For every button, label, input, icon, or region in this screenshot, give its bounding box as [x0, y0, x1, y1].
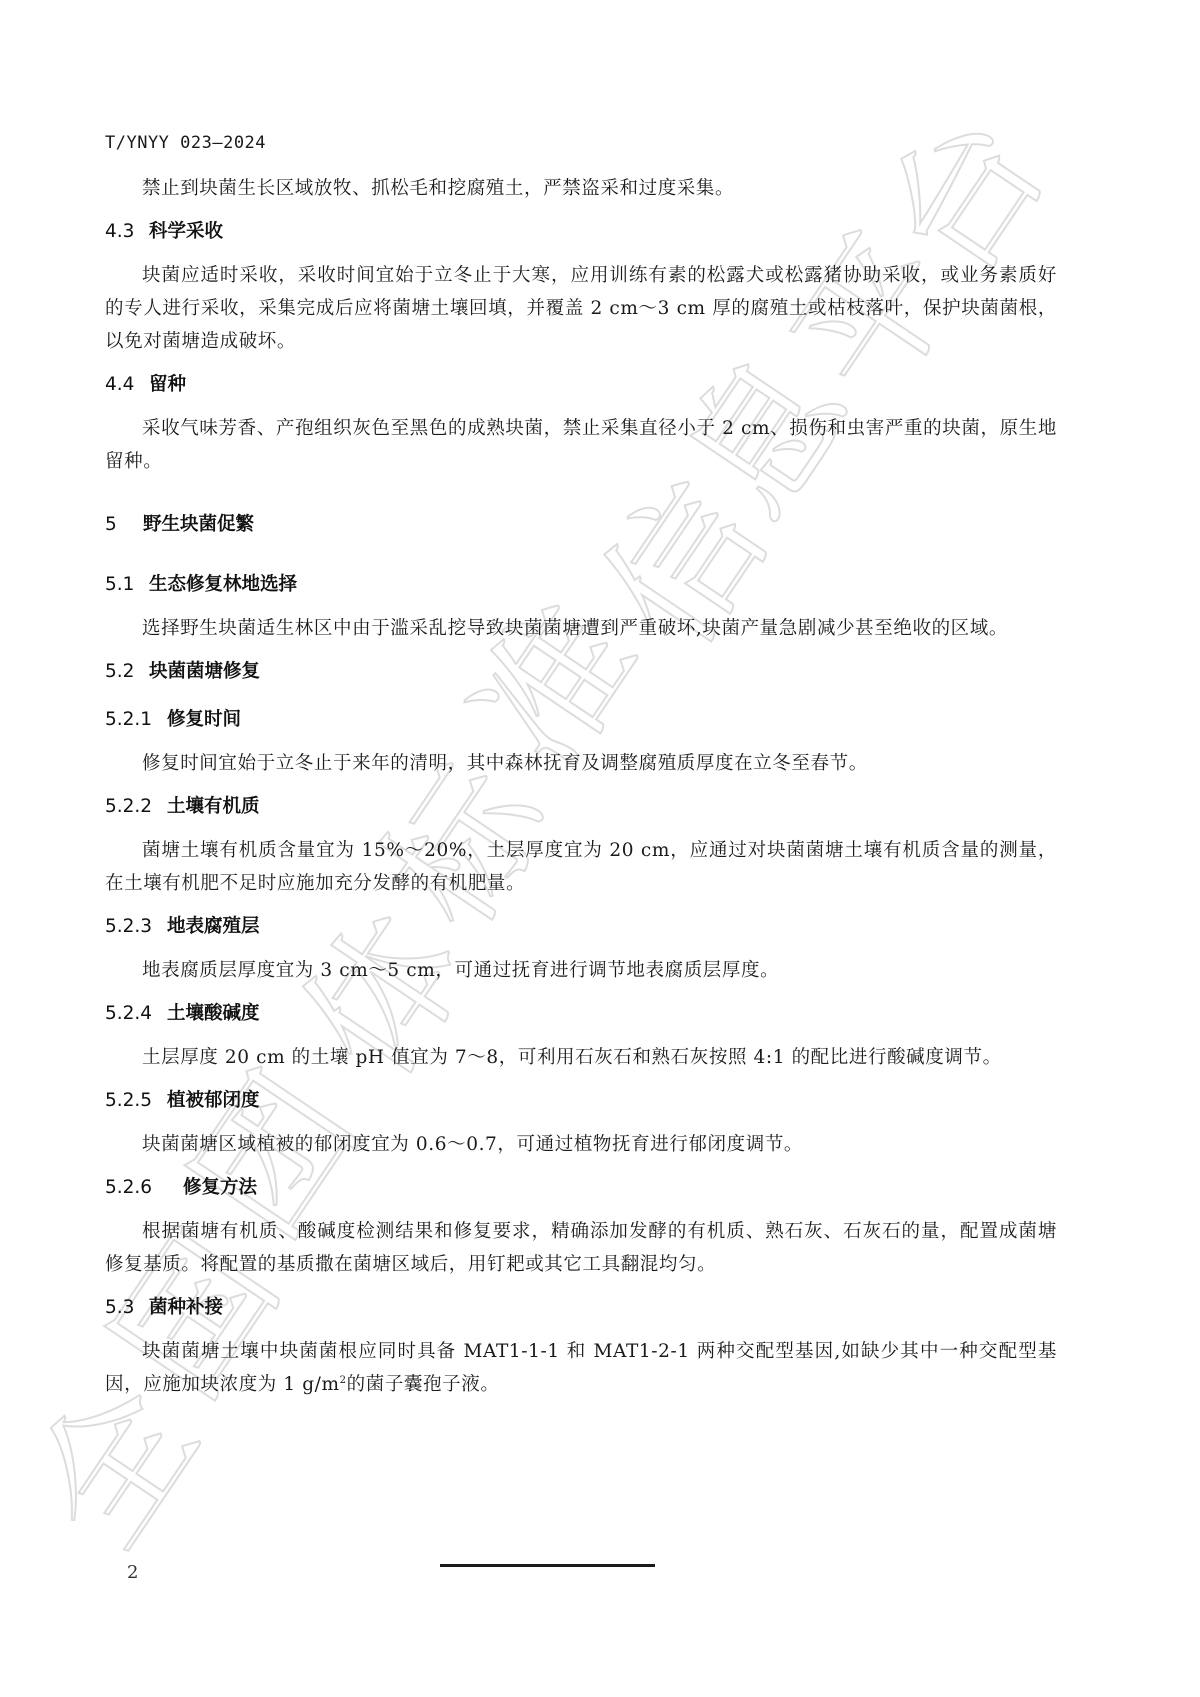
heading-title: 野生块菌促繁: [143, 512, 254, 538]
heading-number: 5.2.5: [105, 1088, 167, 1114]
heading-number: 5.3: [105, 1295, 149, 1321]
heading-5-2-3: 5.2.3 地表腐殖层: [105, 914, 1057, 940]
heading-5-2-5: 5.2.5 植被郁闭度: [105, 1088, 1057, 1114]
heading-5-1: 5.1 生态修复林地选择: [105, 572, 1057, 598]
heading-number: 5: [105, 512, 143, 538]
heading-title: 修复方法: [183, 1175, 257, 1201]
paragraph-5-2-2: 菌塘土壤有机质含量宜为 15%～20%，土层厚度宜为 20 cm，应通过对块菌菌…: [105, 834, 1057, 900]
heading-number: 4.4: [105, 372, 149, 398]
heading-title: 土壤酸碱度: [167, 1001, 260, 1027]
footer-rule: [440, 1564, 655, 1567]
paragraph-5-2-1: 修复时间宜始于立冬止于来年的清明，其中森林抚育及调整腐殖质厚度在立冬至春节。: [105, 747, 1057, 780]
heading-5-2-1: 5.2.1 修复时间: [105, 707, 1057, 733]
heading-5-3: 5.3 菌种补接: [105, 1295, 1057, 1321]
paragraph-4-4: 采收气味芳香、产孢组织灰色至黑色的成熟块菌，禁止采集直径小于 2 cm、损伤和虫…: [105, 412, 1057, 478]
heading-number: 5.2.1: [105, 707, 167, 733]
paragraph-5-3: 块菌菌塘土壤中块菌菌根应同时具备 MAT1-1-1 和 MAT1-2-1 两种交…: [105, 1335, 1057, 1401]
heading-number: 5.2.3: [105, 914, 167, 940]
document-page: 全 国 团 体 标 准 信 息 平 台 T/YNYY 023—2024 禁止到块…: [0, 0, 1200, 1697]
paragraph-5-2-3: 地表腐质层厚度宜为 3 cm～5 cm，可通过抚育进行调节地表腐质层厚度。: [105, 954, 1057, 987]
standard-code: T/YNYY 023—2024: [105, 133, 266, 153]
heading-title: 土壤有机质: [167, 794, 260, 820]
heading-title: 留种: [149, 372, 186, 398]
heading-title: 地表腐殖层: [167, 914, 260, 940]
document-body: 禁止到块菌生长区域放牧、抓松毛和挖腐殖土，严禁盗采和过度采集。 4.3 科学采收…: [105, 172, 1057, 1401]
paragraph-5-1: 选择野生块菌适生林区中由于滥采乱挖导致块菌菌塘遭到严重破坏,块菌产量急剧减少甚至…: [105, 612, 1057, 645]
paragraph-5-2-6: 根据菌塘有机质、酸碱度检测结果和修复要求，精确添加发酵的有机质、熟石灰、石灰石的…: [105, 1215, 1057, 1281]
paragraph-text: 的菌子囊孢子液。: [347, 1374, 500, 1395]
paragraph-5-2-4: 土层厚度 20 cm 的土壤 pH 值宜为 7～8，可利用石灰石和熟石灰按照 4…: [105, 1041, 1057, 1074]
heading-5-2: 5.2 块菌菌塘修复: [105, 659, 1057, 685]
heading-5: 5 野生块菌促繁: [105, 512, 1057, 538]
heading-4-4: 4.4 留种: [105, 372, 1057, 398]
heading-title: 修复时间: [167, 707, 241, 733]
paragraph-4-2-tail: 禁止到块菌生长区域放牧、抓松毛和挖腐殖土，严禁盗采和过度采集。: [105, 172, 1057, 205]
paragraph-text: 块菌菌塘土壤中块菌菌根应同时具备 MAT1-1-1 和 MAT1-2-1 两种交…: [105, 1341, 1057, 1395]
page-number: 2: [127, 1562, 138, 1583]
heading-5-2-4: 5.2.4 土壤酸碱度: [105, 1001, 1057, 1027]
heading-title: 块菌菌塘修复: [149, 659, 260, 685]
superscript: 2: [340, 1375, 347, 1386]
paragraph-4-3: 块菌应适时采收，采收时间宜始于立冬止于大寒，应用训练有素的松露犬或松露猪协助采收…: [105, 259, 1057, 358]
heading-4-3: 4.3 科学采收: [105, 219, 1057, 245]
heading-number: 5.1: [105, 572, 149, 598]
paragraph-5-2-5: 块菌菌塘区域植被的郁闭度宜为 0.6～0.7，可通过植物抚育进行郁闭度调节。: [105, 1128, 1057, 1161]
heading-title: 植被郁闭度: [167, 1088, 260, 1114]
heading-number: 5.2: [105, 659, 149, 685]
heading-number: 5.2.4: [105, 1001, 167, 1027]
heading-5-2-2: 5.2.2 土壤有机质: [105, 794, 1057, 820]
heading-number: 5.2.6: [105, 1175, 183, 1201]
heading-title: 科学采收: [149, 219, 223, 245]
heading-5-2-6: 5.2.6 修复方法: [105, 1175, 1057, 1201]
heading-number: 5.2.2: [105, 794, 167, 820]
heading-number: 4.3: [105, 219, 149, 245]
heading-title: 生态修复林地选择: [149, 572, 297, 598]
heading-title: 菌种补接: [149, 1295, 223, 1321]
